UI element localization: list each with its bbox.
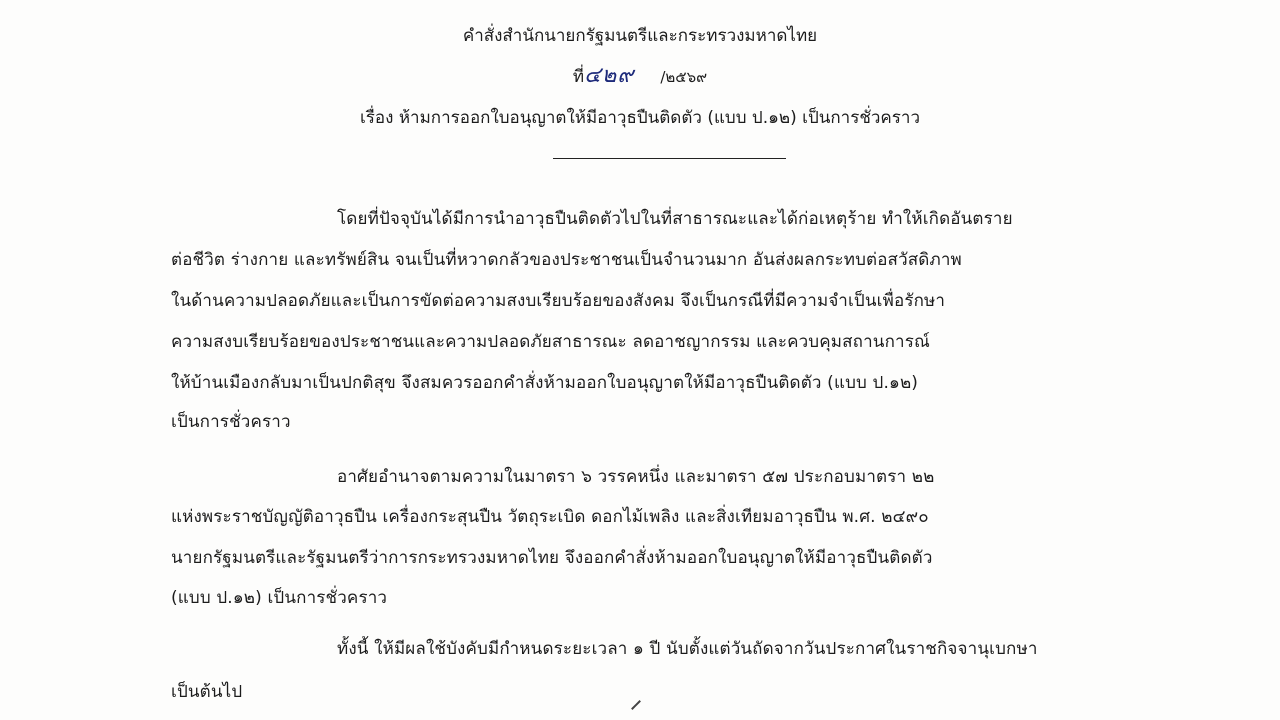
paragraph-line: ต่อชีวิต ร่างกาย และทรัพย์สิน จนเป็นที่ห… <box>171 246 962 273</box>
header-divider <box>553 158 786 159</box>
document-subject: เรื่อง ห้ามการออกใบอนุญาตให้มีอาวุธปืนติ… <box>0 104 1280 131</box>
handwritten-order-number: ๔๒๙ <box>584 63 634 88</box>
order-number: ที่๔๒๙/๒๕๖๙ <box>0 57 1280 92</box>
paragraph-line: ความสงบเรียบร้อยของประชาชนและความปลอดภัย… <box>171 328 930 355</box>
paragraph-line: อาศัยอำนาจตามความในมาตรา ๖ วรรคหนึ่ง และ… <box>337 463 934 490</box>
paragraph-line: (แบบ ป.๑๒) เป็นการชั่วคราว <box>171 584 387 611</box>
document-header-title: คำสั่งสำนักนายกรัฐมนตรีและกระทรวงมหาดไทย <box>0 22 1280 49</box>
paragraph-line: นายกรัฐมนตรีและรัฐมนตรีว่าการกระทรวงมหาด… <box>171 544 933 571</box>
order-year: /๒๕๖๙ <box>660 68 707 86</box>
paragraph-line: โดยที่ปัจจุบันได้มีการนำอาวุธปืนติดตัวไป… <box>337 205 1013 232</box>
paragraph-line: ให้บ้านเมืองกลับมาเป็นปกติสุข จึงสมควรออ… <box>171 369 918 396</box>
paragraph-line: แห่งพระราชบัญญัติอาวุธปืน เครื่องกระสุนป… <box>171 503 929 530</box>
paragraph-line: ทั้งนี้ ให้มีผลใช้บังคับมีกำหนดระยะเวลา … <box>337 635 1038 662</box>
paragraph-line: ในด้านความปลอดภัยและเป็นการขัดต่อความสงบ… <box>171 287 945 314</box>
paragraph-line: เป็นการชั่วคราว <box>171 408 291 435</box>
paragraph-line: เป็นต้นไป <box>171 678 242 705</box>
order-prefix: ที่ <box>573 67 584 87</box>
scanned-document-page: คำสั่งสำนักนายกรัฐมนตรีและกระทรวงมหาดไทย… <box>0 0 1280 720</box>
signature-pen-mark <box>631 700 641 710</box>
